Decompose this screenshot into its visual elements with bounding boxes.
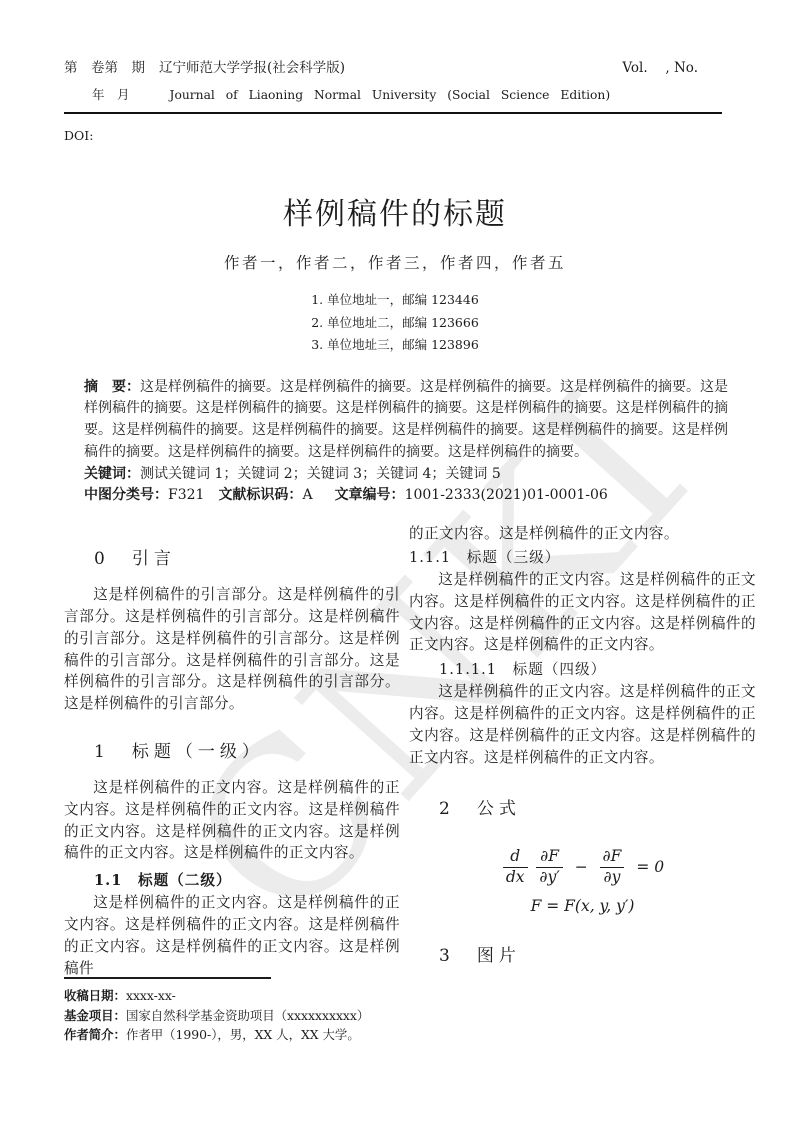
volume-number-info: Vol. , No. <box>622 56 698 76</box>
author-bio-value: 作者甲（1990-），男，XX 人，XX 大学。 <box>126 1027 360 1042</box>
abstract-block: 摘 要：这是样例稿件的摘要。这是样例稿件的摘要。这是样例稿件的摘要。这是样例稿件… <box>84 377 728 508</box>
section1-1-1-paragraph: 这是样例稿件的正文内容。这是样例稿件的正文内容。这是样例稿件的正文内容。这是样例… <box>409 569 756 656</box>
equals-zero: = 0 <box>636 858 664 876</box>
section-heading-level1: 1 标题（一级） <box>94 737 400 762</box>
journal-header-line1: 第 卷第 期 辽宁师范大学学报(社会科学版) Vol. , No. <box>64 56 756 76</box>
author-bio-label: 作者简介： <box>64 1027 126 1042</box>
section1-1-paragraph: 这是样例稿件的正文内容。这是样例稿件的正文内容。这是样例稿件的正文内容。这是样例… <box>64 892 400 979</box>
doc-code-label: 文献标识码： <box>218 487 302 503</box>
keywords-line: 关键词：测试关键词 1；关键词 2；关键词 3；关键词 4；关键词 5 <box>84 464 728 486</box>
section1-1-paragraph-continued: 的正文内容。这是样例稿件的正文内容。 <box>409 523 756 545</box>
fraction-dF-dyprime: ∂F∂y′ <box>536 847 562 887</box>
classification-line: 中图分类号：F321文献标识码：A文章编号：1001-2333(2021)01-… <box>84 485 728 507</box>
minus-operator: − <box>575 858 588 876</box>
footnote-block: 收稿日期：xxxx-xx- 基金项目：国家自然科学基金资助项目（xxxxxxxx… <box>64 977 369 1045</box>
journal-header-line2: 年 月 Journal of Liaoning Normal Universit… <box>64 85 756 103</box>
introduction-paragraph: 这是样例稿件的引言部分。这是样例稿件的引言部分。这是样例稿件的引言部分。这是样例… <box>64 584 400 715</box>
function-definition-formula: F = F(x, y, y′) <box>409 897 756 915</box>
received-date-line: 收稿日期：xxxx-xx- <box>64 986 369 1006</box>
left-column: 0 引言 这是样例稿件的引言部分。这是样例稿件的引言部分。这是样例稿件的引言部分… <box>64 523 400 980</box>
journal-title-en: Journal of Liaoning Normal University (S… <box>170 88 611 102</box>
fraction-dF-dy: ∂F∂y <box>600 847 625 887</box>
abstract-paragraph: 摘 要：这是样例稿件的摘要。这是样例稿件的摘要。这是样例稿件的摘要。这是样例稿件… <box>84 377 728 464</box>
keywords-label: 关键词： <box>84 466 140 482</box>
abstract-label: 摘 要： <box>84 379 140 395</box>
header-rule <box>64 112 722 114</box>
issue-info: 第 卷第 期 <box>64 56 145 76</box>
clc-label: 中图分类号： <box>84 487 168 503</box>
article-id-label: 文章编号： <box>335 487 405 503</box>
issue-date: 年 月 <box>92 85 130 103</box>
article-id-value: 1001-2333(2021)01-0001-06 <box>405 487 608 503</box>
fund-project-label: 基金项目： <box>64 1008 126 1023</box>
fund-project-line: 基金项目：国家自然科学基金资助项目（xxxxxxxxxx） <box>64 1006 369 1026</box>
keywords-text: 测试关键词 1；关键词 2；关键词 3；关键词 4；关键词 5 <box>140 466 501 482</box>
author-bio-line: 作者简介：作者甲（1990-），男，XX 人，XX 大学。 <box>64 1025 369 1045</box>
affiliation-line: 2. 单位地址二，邮编 123666 <box>64 312 726 335</box>
article-title: 样例稿件的标题 <box>64 189 726 233</box>
right-column: 的正文内容。这是样例稿件的正文内容。 1.1.1 标题（三级） 这是样例稿件的正… <box>409 523 756 980</box>
section-heading-level2: 1.1 标题（二级） <box>94 869 400 890</box>
page-content: 第 卷第 期 辽宁师范大学学报(社会科学版) Vol. , No. 年 月 Jo… <box>0 0 794 980</box>
section1-1-1-1-paragraph: 这是样例稿件的正文内容。这是样例稿件的正文内容。这是样例稿件的正文内容。这是样例… <box>409 681 756 768</box>
affiliation-line: 1. 单位地址一，邮编 123446 <box>64 289 726 312</box>
euler-lagrange-formula: ddx ∂F∂y′ − ∂F∂y = 0 <box>409 847 756 887</box>
fraction-d-dx: ddx <box>503 847 528 887</box>
affiliation-line: 3. 单位地址三，邮编 123896 <box>64 334 726 357</box>
fund-project-value: 国家自然科学基金资助项目（xxxxxxxxxx） <box>126 1008 369 1023</box>
authors-line: 作者一，作者二，作者三，作者四，作者五 <box>64 251 726 273</box>
doc-code-value: A <box>302 487 312 503</box>
section-heading-level3: 1.1.1 标题（三级） <box>409 546 756 567</box>
section1-paragraph: 这是样例稿件的正文内容。这是样例稿件的正文内容。这是样例稿件的正文内容。这是样例… <box>64 777 400 864</box>
received-date-label: 收稿日期： <box>64 988 126 1003</box>
clc-value: F321 <box>168 487 204 503</box>
journal-title-cn: 辽宁师范大学学报(社会科学版) <box>159 56 345 76</box>
section-heading-level4: 1.1.1.1 标题（四级） <box>439 658 756 679</box>
section-heading-formulas: 2 公式 <box>439 794 756 819</box>
document-page: CNKI 第 卷第 期 辽宁师范大学学报(社会科学版) Vol. , No. 年… <box>0 0 794 1123</box>
body-columns: 0 引言 这是样例稿件的引言部分。这是样例稿件的引言部分。这是样例稿件的引言部分… <box>64 523 756 980</box>
abstract-text: 这是样例稿件的摘要。这是样例稿件的摘要。这是样例稿件的摘要。这是样例稿件的摘要。… <box>84 379 728 460</box>
received-date-value: xxxx-xx- <box>126 988 176 1003</box>
affiliations-block: 1. 单位地址一，邮编 123446 2. 单位地址二，邮编 123666 3.… <box>64 289 726 357</box>
section-heading-figures: 3 图片 <box>439 941 756 966</box>
doi-label: DOI: <box>64 128 756 143</box>
section-heading-introduction: 0 引言 <box>94 544 400 569</box>
footnote-rule <box>64 977 271 979</box>
